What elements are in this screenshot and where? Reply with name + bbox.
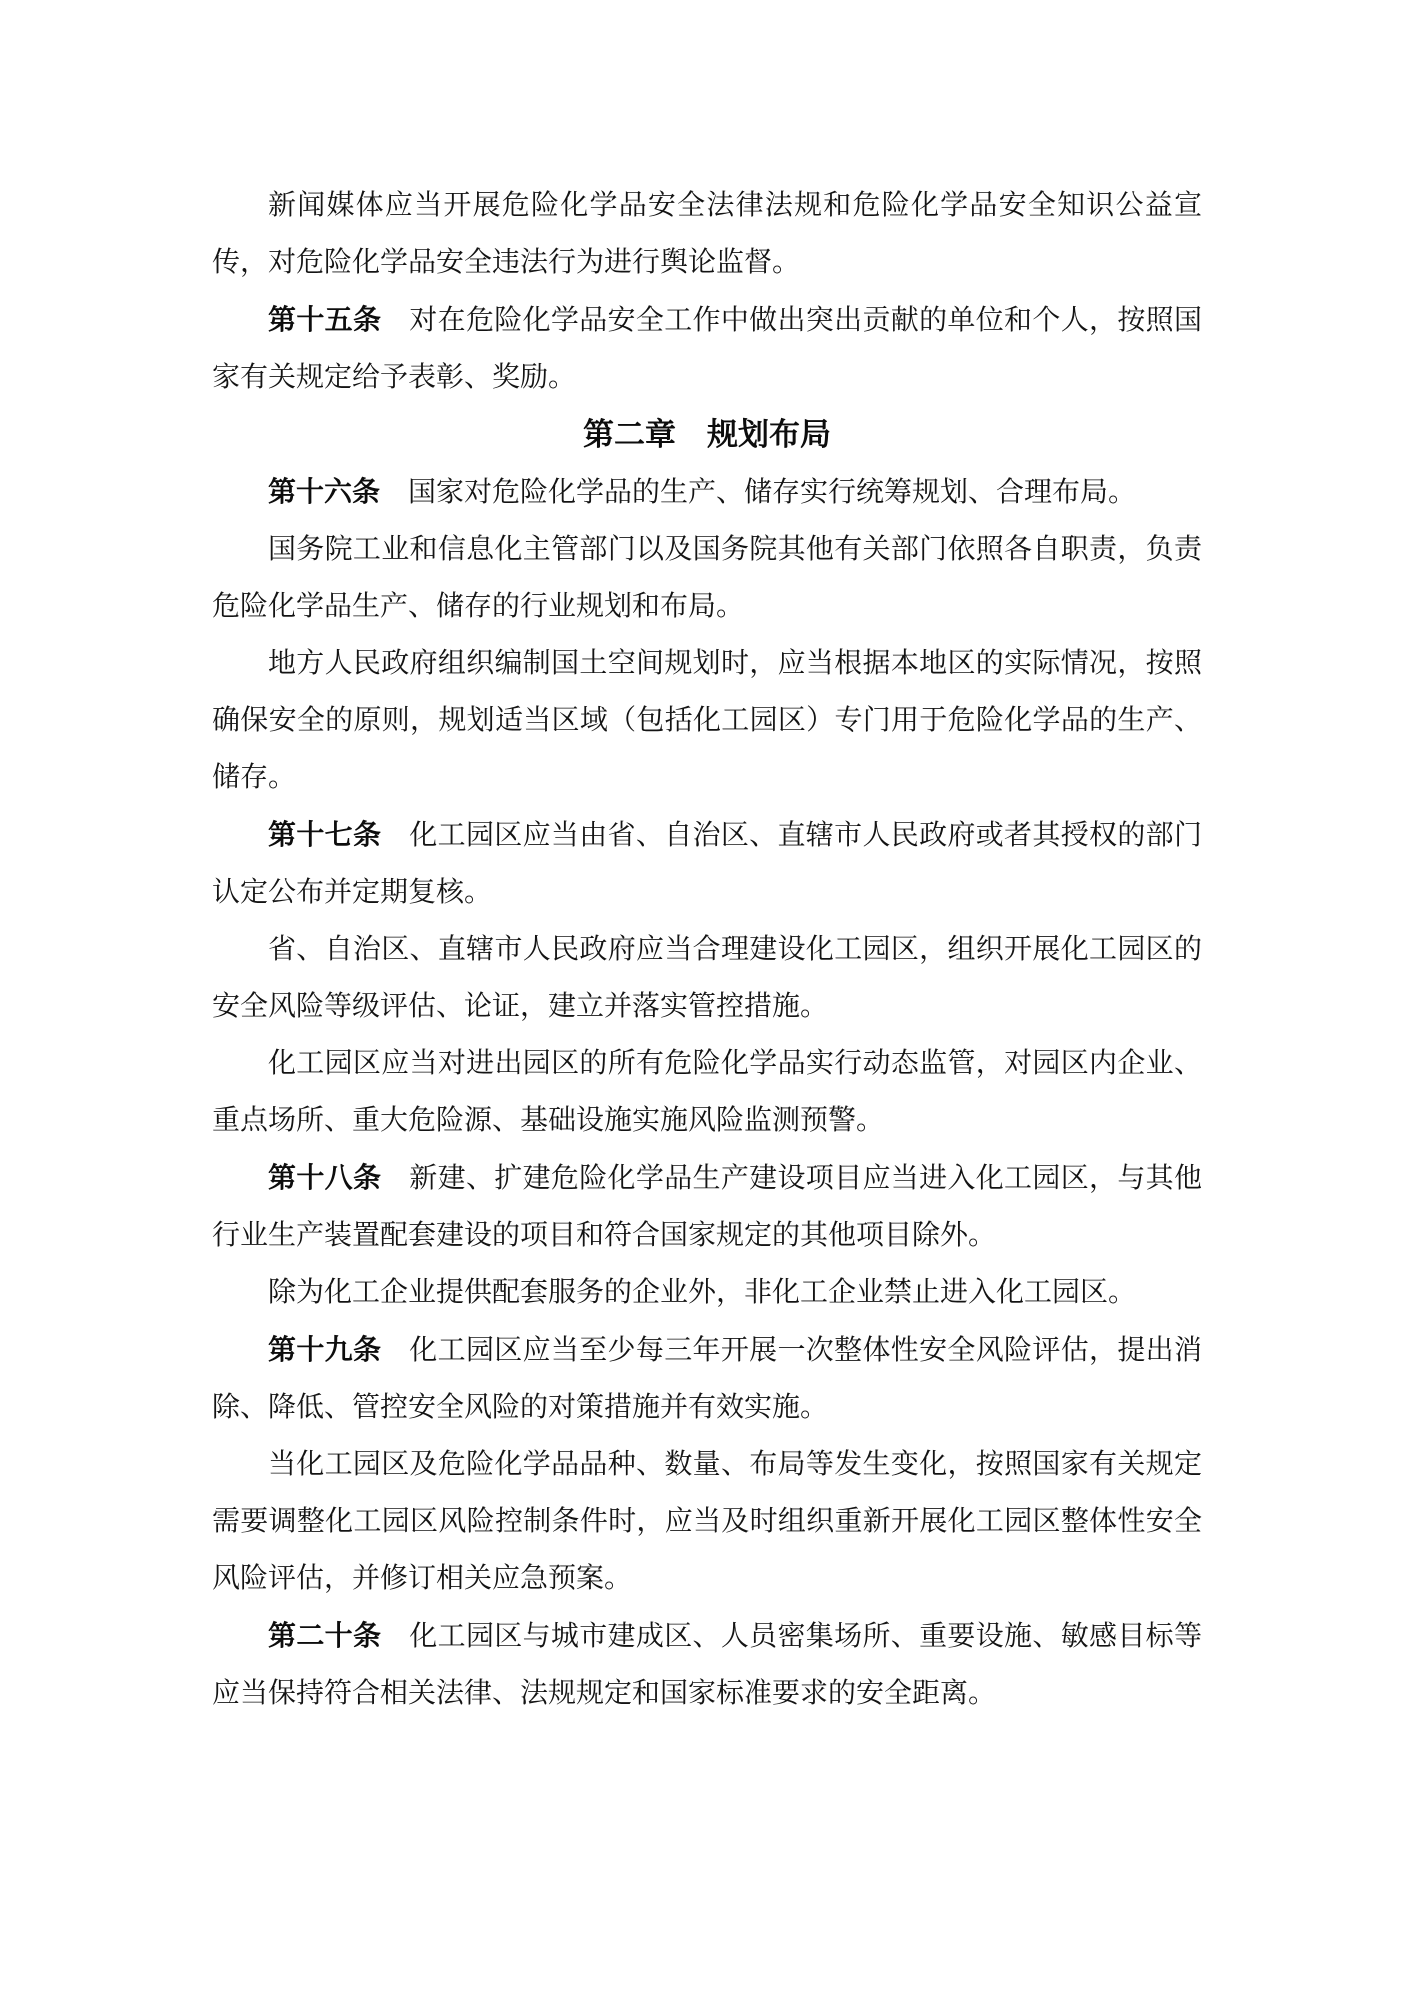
paragraph: 第十八条新建、扩建危险化学品生产建设项目应当进入化工园区，与其他行业生产装置配套…	[212, 1149, 1202, 1264]
paragraph: 第十五条对在危险化学品安全工作中做出突出贡献的单位和个人，按照国家有关规定给予表…	[212, 291, 1202, 406]
paragraph: 地方人民政府组织编制国土空间规划时，应当根据本地区的实际情况，按照确保安全的原则…	[212, 635, 1202, 806]
paragraph: 除为化工企业提供配套服务的企业外，非化工企业禁止进入化工园区。	[212, 1264, 1202, 1321]
paragraph: 新闻媒体应当开展危险化学品安全法律法规和危险化学品安全知识公益宣传，对危险化学品…	[212, 177, 1202, 291]
paragraph-text: 国务院工业和信息化主管部门以及国务院其他有关部门依照各自职责，负责危险化学品生产…	[212, 534, 1202, 622]
paragraph: 第十六条国家对危险化学品的生产、储存实行统筹规划、合理布局。	[212, 463, 1202, 521]
paragraph-text: 地方人民政府组织编制国土空间规划时，应当根据本地区的实际情况，按照确保安全的原则…	[212, 648, 1202, 793]
paragraph-text: 除为化工企业提供配套服务的企业外，非化工企业禁止进入化工园区。	[268, 1277, 1136, 1308]
paragraph: 第十七条化工园区应当由省、自治区、直辖市人民政府或者其授权的部门认定公布并定期复…	[212, 806, 1202, 921]
paragraph: 第十九条化工园区应当至少每三年开展一次整体性安全风险评估，提出消除、降低、管控安…	[212, 1321, 1202, 1436]
paragraph: 当化工园区及危险化学品品种、数量、布局等发生变化，按照国家有关规定需要调整化工园…	[212, 1436, 1202, 1607]
paragraph-text: 新闻媒体应当开展危险化学品安全法律法规和危险化学品安全知识公益宣传，对危险化学品…	[212, 190, 1202, 278]
paragraph-text: 化工园区应当对进出园区的所有危险化学品实行动态监管，对园区内企业、重点场所、重大…	[212, 1048, 1202, 1136]
article-number: 第二十条	[268, 1620, 381, 1651]
document-body: 新闻媒体应当开展危险化学品安全法律法规和危险化学品安全知识公益宣传，对危险化学品…	[212, 177, 1202, 1722]
chapter-heading: 第二章 规划布局	[212, 406, 1202, 463]
article-number: 第十五条	[268, 304, 381, 335]
article-number: 第十八条	[268, 1162, 381, 1193]
paragraph-text: 国家对危险化学品的生产、储存实行统筹规划、合理布局。	[408, 477, 1136, 508]
article-number: 第十七条	[268, 819, 381, 850]
article-number: 第十九条	[268, 1334, 381, 1365]
document-page: 新闻媒体应当开展危险化学品安全法律法规和危险化学品安全知识公益宣传，对危险化学品…	[0, 0, 1414, 2000]
paragraph: 化工园区应当对进出园区的所有危险化学品实行动态监管，对园区内企业、重点场所、重大…	[212, 1035, 1202, 1149]
paragraph-text: 当化工园区及危险化学品品种、数量、布局等发生变化，按照国家有关规定需要调整化工园…	[212, 1449, 1202, 1594]
paragraph-text: 省、自治区、直辖市人民政府应当合理建设化工园区，组织开展化工园区的安全风险等级评…	[212, 934, 1202, 1022]
article-number: 第十六条	[268, 476, 380, 507]
paragraph: 第二十条化工园区与城市建成区、人员密集场所、重要设施、敏感目标等应当保持符合相关…	[212, 1607, 1202, 1722]
paragraph: 国务院工业和信息化主管部门以及国务院其他有关部门依照各自职责，负责危险化学品生产…	[212, 521, 1202, 635]
chapter-heading-text: 第二章 规划布局	[583, 417, 831, 452]
paragraph: 省、自治区、直辖市人民政府应当合理建设化工园区，组织开展化工园区的安全风险等级评…	[212, 921, 1202, 1035]
